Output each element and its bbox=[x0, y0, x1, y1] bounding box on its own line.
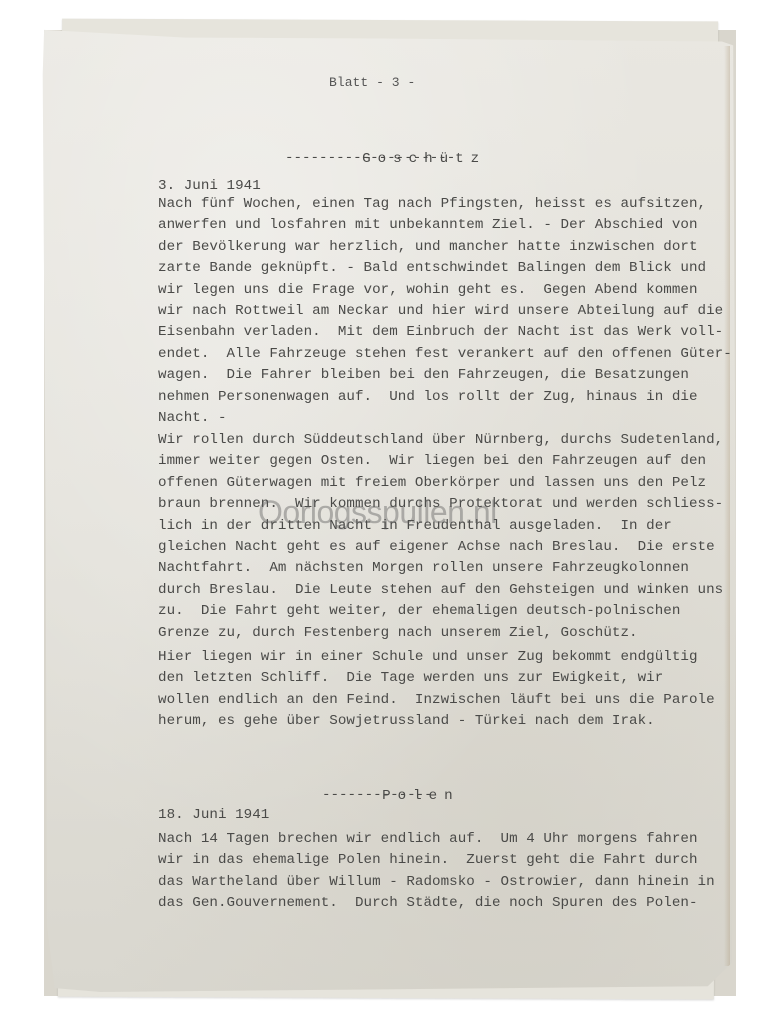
heading-underline: -------------------- bbox=[285, 150, 455, 166]
text-line: Hier liegen wir in einer Schule und unse… bbox=[158, 647, 715, 668]
text-line: immer weiter gegen Osten. Wir liegen bei… bbox=[158, 451, 723, 472]
text-line: den letzten Schliff. Die Tage werden uns… bbox=[158, 668, 715, 689]
text-line: Eisenbahn verladen. Mit dem Einbruch der… bbox=[158, 322, 732, 343]
text-line: offenen Güterwagen mit freiem Oberkörper… bbox=[158, 473, 723, 494]
text-line: gleichen Nacht geht es auf eigener Achse… bbox=[158, 537, 723, 558]
text-line: herum, es gehe über Sowjetrussland - Tür… bbox=[158, 711, 715, 732]
watermark: Oorlogsspullen.nl bbox=[258, 494, 497, 531]
paragraph: Hier liegen wir in einer Schule und unse… bbox=[158, 647, 715, 733]
text-line: anwerfen und losfahren mit unbekanntem Z… bbox=[158, 215, 732, 236]
text-line: das Wartheland über Willum - Radomsko - … bbox=[158, 872, 715, 893]
text-line: Nach 14 Tagen brechen wir endlich auf. U… bbox=[158, 829, 715, 850]
text-line: durch Breslau. Die Leute stehen auf den … bbox=[158, 580, 723, 601]
paragraph: Nach fünf Wochen, einen Tag nach Pfingst… bbox=[158, 194, 732, 429]
text-line: zu. Die Fahrt geht weiter, der ehemalige… bbox=[158, 601, 723, 622]
text-line: wir legen uns die Frage vor, wohin geht … bbox=[158, 280, 732, 301]
entry-date: 18. Juni 1941 bbox=[158, 805, 269, 826]
text-line: das Gen.Gouvernement. Durch Städte, die … bbox=[158, 893, 715, 914]
text-line: wagen. Die Fahrer bleiben bei den Fahrze… bbox=[158, 365, 732, 386]
text-line: zarte Bande geknüpft. - Bald entschwinde… bbox=[158, 258, 732, 279]
text-line: Nacht. - bbox=[158, 408, 732, 429]
text-line: Grenze zu, durch Festenberg nach unserem… bbox=[158, 623, 723, 644]
photo-stage: Blatt - 3 - Goschütz -------------------… bbox=[0, 0, 768, 1024]
heading-underline: ------------- bbox=[322, 787, 432, 803]
text-line: Nachtfahrt. Am nächsten Morgen rollen un… bbox=[158, 558, 723, 579]
text-line: wollen endlich an den Feind. Inzwischen … bbox=[158, 690, 715, 711]
text-line: der Bevölkerung war herzlich, und manche… bbox=[158, 237, 732, 258]
paragraph: Nach 14 Tagen brechen wir endlich auf. U… bbox=[158, 829, 715, 915]
text-line: wir in das ehemalige Polen hinein. Zuers… bbox=[158, 850, 715, 871]
text-line: wir nach Rottweil am Neckar und hier wir… bbox=[158, 301, 732, 322]
text-line: Nach fünf Wochen, einen Tag nach Pfingst… bbox=[158, 194, 732, 215]
page-number: Blatt - 3 - bbox=[329, 75, 415, 90]
text-line: Wir rollen durch Süddeutschland über Nür… bbox=[158, 430, 723, 451]
text-line: endet. Alle Fahrzeuge stehen fest verank… bbox=[158, 344, 732, 365]
text-line: nehmen Personenwagen auf. Und los rollt … bbox=[158, 387, 732, 408]
paragraph: Wir rollen durch Süddeutschland über Nür… bbox=[158, 430, 723, 644]
